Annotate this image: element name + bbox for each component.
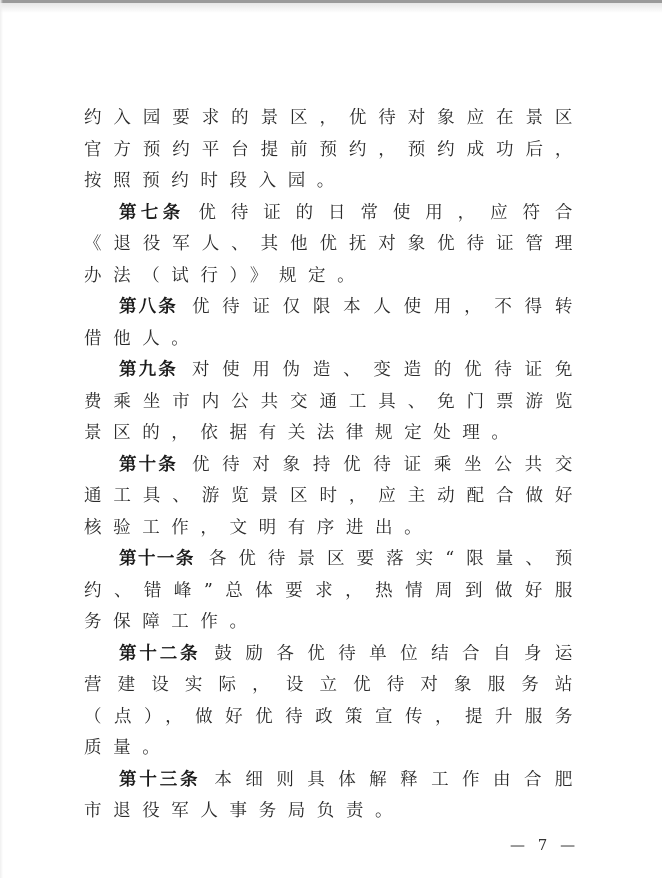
article-9: 第九条对使用伪造、变造的优待证免费乘坐市内公共交通工具、免门票游览景区的，依据有…	[84, 355, 584, 450]
article-10: 第十条优待对象持优待证乘坐公共交通工具、游览景区时，应主动配合做好核验工作，文明…	[84, 450, 584, 545]
article-number: 第十条	[119, 455, 178, 475]
article-number: 第十三条	[119, 770, 200, 790]
article-number: 第十一条	[119, 549, 195, 569]
article-11: 第十一条各优待景区要落实“限量、预约、错峰”总体要求，热情周到做好服务保障工作。	[84, 544, 584, 639]
article-number: 第十二条	[119, 644, 200, 664]
article-number: 第七条	[119, 203, 184, 223]
article-number: 第八条	[119, 297, 178, 317]
page-number: — 7 —	[510, 836, 579, 854]
document-body: 约入园要求的景区，优待对象应在景区官方预约平台提前预约，预约成功后，按照预约时段…	[84, 103, 584, 828]
article-13: 第十三条本细则具体解释工作由合肥市退役军人事务局负责。	[84, 765, 584, 828]
article-12: 第十二条鼓励各优待单位结合自身运营建设实际，设立优待对象服务站（点），做好优待政…	[84, 639, 584, 765]
article-8: 第八条优待证仅限本人使用，不得转借他人。	[84, 292, 584, 355]
page-left-shadow	[0, 0, 3, 878]
article-number: 第九条	[119, 360, 178, 380]
article-7: 第七条优待证的日常使用，应符合《退役军人、其他优抚对象优待证管理办法（试行）》规…	[84, 198, 584, 293]
page-top-shadow	[0, 3, 662, 13]
paragraph-text: 约入园要求的景区，优待对象应在景区官方预约平台提前预约，预约成功后，按照预约时段…	[84, 108, 584, 191]
paragraph-continuation: 约入园要求的景区，优待对象应在景区官方预约平台提前预约，预约成功后，按照预约时段…	[84, 103, 584, 198]
